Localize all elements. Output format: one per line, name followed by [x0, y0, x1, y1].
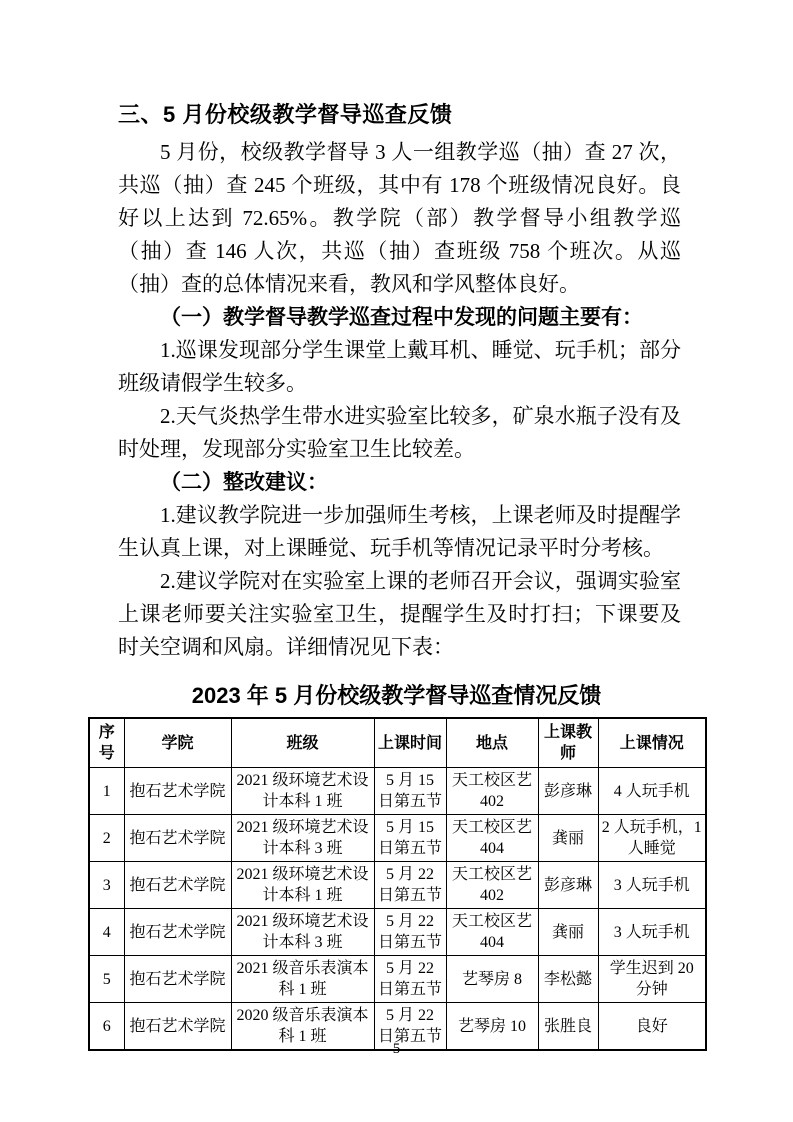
cell-seq: 2	[89, 815, 124, 862]
cell-time: 5 月 22 日第五节	[374, 862, 446, 909]
cell-location: 天工校区艺402	[446, 768, 538, 815]
header-cell-seq: 序号	[89, 718, 124, 768]
cell-teacher: 李松懿	[538, 956, 598, 1003]
subsection1-heading: （一）教学督导教学巡查过程中发现的问题主要有：	[118, 301, 681, 334]
cell-college: 抱石艺术学院	[124, 815, 231, 862]
cell-situation: 3 人玩手机	[598, 862, 706, 909]
cell-teacher: 龚丽	[538, 815, 598, 862]
table-header-row: 序号 学院 班级 上课时间 地点 上课教师 上课情况	[89, 718, 706, 768]
page-number: 5	[0, 1040, 793, 1058]
cell-time: 5 月 15 日第五节	[374, 768, 446, 815]
cell-college: 抱石艺术学院	[124, 768, 231, 815]
text-area: 三、5 月份校级教学督导巡查反馈 5 月份，校级教学督导 3 人一组教学巡（抽）…	[118, 98, 681, 664]
intro-paragraph: 5 月份，校级教学督导 3 人一组教学巡（抽）查 27 次，共巡（抽）查 245…	[118, 136, 681, 301]
cell-time: 5 月 22 日第五节	[374, 956, 446, 1003]
cell-seq: 4	[89, 909, 124, 956]
cell-situation: 2 人玩手机，1 人睡觉	[598, 815, 706, 862]
cell-time: 5 月 15 日第五节	[374, 815, 446, 862]
cell-situation: 学生迟到 20 分钟	[598, 956, 706, 1003]
table-row: 3 抱石艺术学院 2021 级环境艺术设计本科 1 班 5 月 22 日第五节 …	[89, 862, 706, 909]
cell-class: 2021 级环境艺术设计本科 1 班	[231, 768, 374, 815]
cell-seq: 3	[89, 862, 124, 909]
table-row: 5 抱石艺术学院 2021 级音乐表演本科 1 班 5 月 22 日第五节 艺琴…	[89, 956, 706, 1003]
subsection2-item2: 2.建议学院对在实验室上课的老师召开会议，强调实验室上课老师要关注实验室卫生，提…	[118, 565, 681, 664]
subsection2-item1: 1.建议教学院进一步加强师生考核，上课老师及时提醒学生认真上课，对上课睡觉、玩手…	[118, 499, 681, 565]
cell-class: 2021 级音乐表演本科 1 班	[231, 956, 374, 1003]
table-row: 2 抱石艺术学院 2021 级环境艺术设计本科 3 班 5 月 15 日第五节 …	[89, 815, 706, 862]
table-row: 1 抱石艺术学院 2021 级环境艺术设计本科 1 班 5 月 15 日第五节 …	[89, 768, 706, 815]
header-cell-location: 地点	[446, 718, 538, 768]
header-cell-college: 学院	[124, 718, 231, 768]
cell-location: 天工校区艺404	[446, 909, 538, 956]
subsection1-item2: 2.天气炎热学生带水进实验室比较多，矿泉水瓶子没有及时处理，发现部分实验室卫生比…	[118, 400, 681, 466]
cell-teacher: 龚丽	[538, 909, 598, 956]
subsection1-item1: 1.巡课发现部分学生课堂上戴耳机、睡觉、玩手机；部分班级请假学生较多。	[118, 334, 681, 400]
cell-situation: 3 人玩手机	[598, 909, 706, 956]
header-cell-class: 班级	[231, 718, 374, 768]
inspection-table: 序号 学院 班级 上课时间 地点 上课教师 上课情况 1 抱石艺术学院 2021…	[88, 717, 707, 1051]
cell-location: 天工校区艺404	[446, 815, 538, 862]
document-page: 三、5 月份校级教学督导巡查反馈 5 月份，校级教学督导 3 人一组教学巡（抽）…	[0, 0, 793, 1122]
cell-seq: 5	[89, 956, 124, 1003]
cell-college: 抱石艺术学院	[124, 909, 231, 956]
cell-class: 2021 级环境艺术设计本科 3 班	[231, 815, 374, 862]
table-row: 4 抱石艺术学院 2021 级环境艺术设计本科 3 班 5 月 22 日第五节 …	[89, 909, 706, 956]
cell-teacher: 彭彦琳	[538, 768, 598, 815]
table-title: 2023 年 5 月份校级教学督导巡查情况反馈	[0, 681, 793, 711]
cell-time: 5 月 22 日第五节	[374, 909, 446, 956]
header-cell-situation: 上课情况	[598, 718, 706, 768]
subsection2-heading: （二）整改建议：	[118, 466, 681, 499]
header-cell-time: 上课时间	[374, 718, 446, 768]
header-cell-teacher: 上课教师	[538, 718, 598, 768]
cell-location: 天工校区艺402	[446, 862, 538, 909]
cell-teacher: 彭彦琳	[538, 862, 598, 909]
cell-location: 艺琴房 8	[446, 956, 538, 1003]
cell-class: 2021 级环境艺术设计本科 1 班	[231, 862, 374, 909]
cell-seq: 1	[89, 768, 124, 815]
cell-class: 2021 级环境艺术设计本科 3 班	[231, 909, 374, 956]
cell-college: 抱石艺术学院	[124, 956, 231, 1003]
cell-situation: 4 人玩手机	[598, 768, 706, 815]
section-heading: 三、5 月份校级教学督导巡查反馈	[118, 98, 681, 132]
cell-college: 抱石艺术学院	[124, 862, 231, 909]
